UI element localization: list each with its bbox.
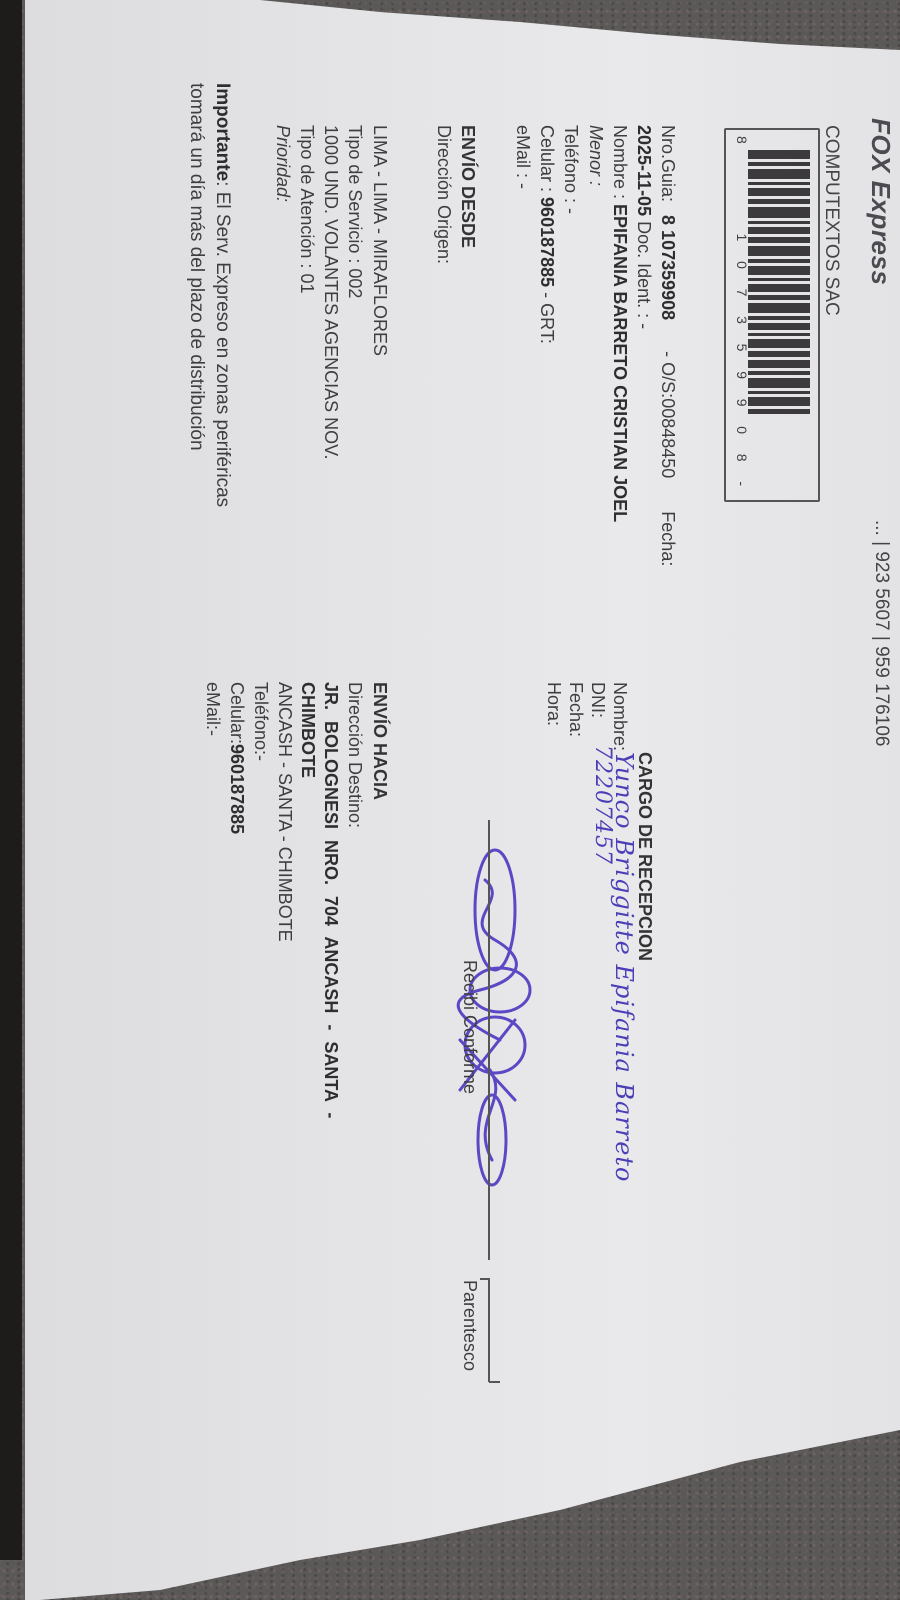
prioridad-label: Prioridad: <box>272 125 293 202</box>
important-note-line1: Importante: El Serv. Expreso en zonas pe… <box>211 83 233 507</box>
barcode-bar <box>748 397 810 406</box>
barcode-bar <box>748 284 810 292</box>
important-label: Importante <box>212 83 233 181</box>
barcode-digit: 3 <box>734 316 750 324</box>
barcode-digit: 8 <box>734 136 750 144</box>
barcode-bar <box>748 378 810 388</box>
barcode-bar <box>748 333 810 336</box>
destination-email: eMail:- <box>202 682 223 736</box>
barcode-digit: 0 <box>734 261 750 269</box>
menor-label: Menor : <box>585 125 606 186</box>
barcode-bar <box>748 259 810 263</box>
barcode-bar <box>748 303 810 313</box>
destination-location: ANCASH - SANTA - CHIMBOTE <box>274 682 295 942</box>
barcode-bar <box>748 221 810 224</box>
origin-direccion-label: Dirección Origen: <box>433 125 454 264</box>
barcode-bar <box>748 188 810 196</box>
barcode-bar <box>748 316 810 320</box>
fecha-doc-row: 2025-11-05 Doc. Ident. : - <box>633 125 654 329</box>
barcode-bar <box>748 207 810 218</box>
destination-direccion-label: Dirección Destino: <box>344 682 365 828</box>
barcode <box>748 150 810 495</box>
celular-label: Celular : <box>537 125 557 192</box>
grt-label: - GRT: <box>537 292 557 344</box>
barcode-digit: 7 <box>734 289 750 297</box>
barcode-bar <box>748 323 810 330</box>
email-origin: eMail : - <box>512 125 533 189</box>
reception-nombre-label: Nombre: <box>609 682 630 751</box>
nombre-label: Nombre : <box>610 125 630 199</box>
barcode-bar <box>748 391 810 394</box>
tipo-atencion-value: 01 <box>297 273 317 293</box>
doc-ident: Doc. Ident. : - <box>634 221 654 329</box>
tipo-atencion-row: Tipo de Atención : 01 <box>296 125 317 293</box>
contact-phones: ... | 923 5607 | 959 176106 <box>870 520 892 746</box>
barcode-bar <box>748 371 810 375</box>
barcode-digits: 8107359908- <box>734 136 750 486</box>
destination-celular-value: 960187885 <box>227 744 247 834</box>
destination-address-line1: JR. BOLOGNESI NRO. 704 ANCASH - SANTA - <box>320 682 341 1118</box>
barcode-digit: - <box>734 481 750 486</box>
important-note-line2: tomará un día más del plazo de distribuc… <box>185 83 207 451</box>
contenido: 1000 UND. VOLANTES AGENCIAS NOV. <box>320 125 341 459</box>
parentesco-line <box>489 1278 491 1382</box>
barcode-digit: 0 <box>734 426 750 434</box>
fecha-label: Fecha: <box>658 511 678 566</box>
nombre-row: Nombre : EPIFANIA BARRETO CRISTIAN JOEL <box>609 125 630 522</box>
reception-fecha-label: Fecha: <box>565 682 586 737</box>
reception-hora-label: Hora: <box>543 682 564 726</box>
parentesco-tick-right <box>489 1381 500 1383</box>
barcode-bar <box>748 182 810 185</box>
telefono-origin: Teléfono : - <box>560 125 581 214</box>
barcode-digit: 5 <box>734 344 750 352</box>
os-label: - O/S: <box>658 351 678 398</box>
barcode-digit: 9 <box>734 399 750 407</box>
guia-row: Nro.Guia: 8 107359908 - O/S:00848450 Fec… <box>657 125 678 566</box>
nombre-value: EPIFANIA BARRETO CRISTIAN JOEL <box>610 204 630 522</box>
barcode-bar <box>748 227 810 234</box>
tipo-atencion-label: Tipo de Atención : <box>297 125 317 268</box>
os-value: 00848450 <box>658 398 678 478</box>
parentesco-label: Parentesco <box>459 1280 480 1371</box>
barcode-bar <box>748 266 810 275</box>
guia-label: Nro.Guia: <box>658 125 678 202</box>
barcode-bar <box>748 339 810 348</box>
origin-heading: ENVÍO DESDE <box>457 125 478 248</box>
barcode-digit: 1 <box>734 234 750 242</box>
destination-address-line2: CHIMBOTE <box>297 682 318 778</box>
barcode-bar <box>748 246 810 256</box>
shipping-label: FOX Express ... | 923 5607 | 959 176106 … <box>0 0 900 1600</box>
signature-scribble <box>420 840 570 1200</box>
barcode-bar <box>748 360 810 368</box>
fecha-value: 2025-11-05 <box>634 125 654 216</box>
reception-dni-label: DNI: <box>587 682 608 718</box>
barcode-bar <box>748 169 810 179</box>
guia-value: 8 107359908 <box>658 215 678 320</box>
barcode-bar <box>748 162 810 166</box>
celular-row: Celular : 960187885 - GRT: <box>536 125 557 344</box>
origin-location: LIMA - LIMA - MIRAFLORES <box>369 125 390 356</box>
barcode-bar <box>748 351 810 357</box>
company-name: COMPUTEXTOS SAC <box>820 125 842 316</box>
destination-heading: ENVÍO HACIA <box>369 682 390 800</box>
signature-line <box>489 820 491 1260</box>
barcode-bar <box>748 150 810 159</box>
reception-dni-handwritten: 72207457 <box>590 745 615 865</box>
barcode-digit: 9 <box>734 371 750 379</box>
barcode-bar <box>748 295 810 300</box>
barcode-bar <box>748 409 810 414</box>
barcode-digit: 8 <box>734 454 750 462</box>
destination-telefono: Teléfono:- <box>250 682 271 761</box>
recibi-conforme-label: Recibi Conforme <box>459 960 480 1094</box>
destination-celular-label: Celular: <box>227 682 247 744</box>
brand-logo: FOX Express <box>865 118 896 285</box>
barcode-bar <box>748 199 810 204</box>
important-text: : El Serv. Expreso en zonas periféricas <box>212 181 233 507</box>
barcode-bar <box>748 237 810 243</box>
tipo-servicio: Tipo de Servicio : 002 <box>344 125 365 298</box>
destination-celular-row: Celular:960187885 <box>226 682 247 834</box>
celular-value: 960187885 <box>537 197 557 287</box>
barcode-bar <box>748 278 810 281</box>
